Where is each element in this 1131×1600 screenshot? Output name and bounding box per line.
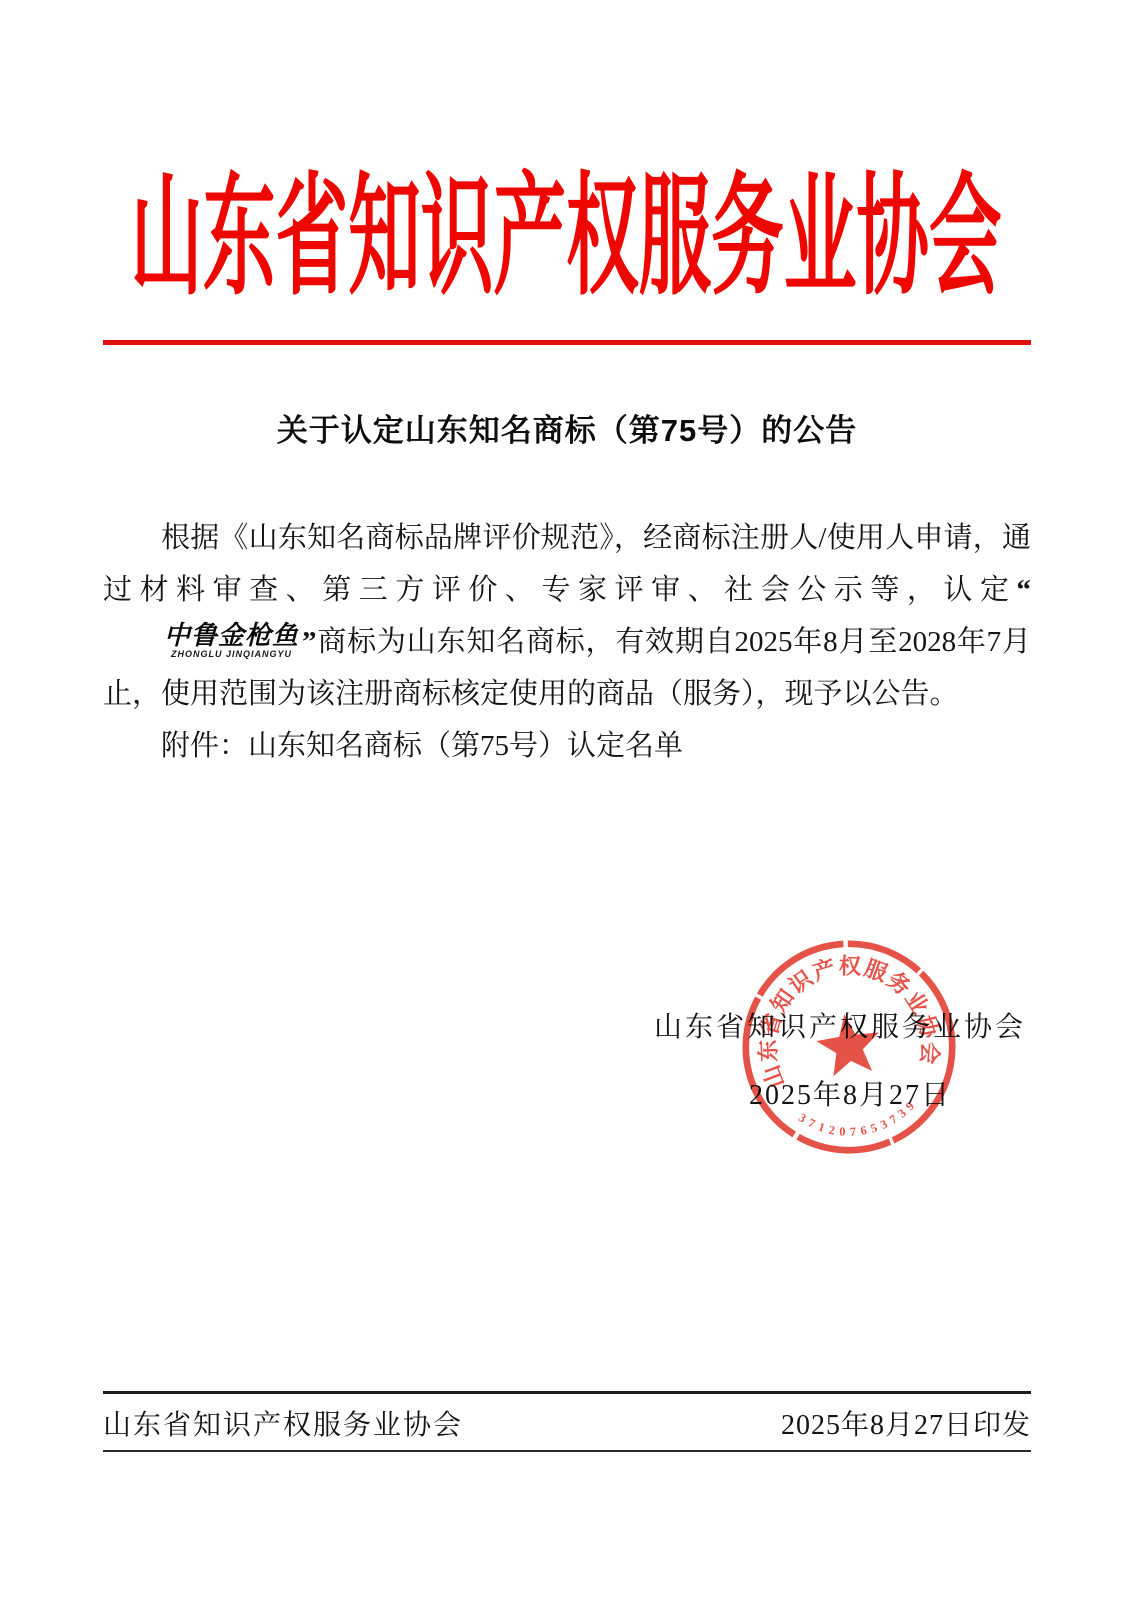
signature-org-name: 山东省知识产权服务业协会 [103, 1004, 1031, 1052]
document-page: 山东省知识产权服务业协会 关于认定山东知名商标（第75号）的公告 根据《山东知名… [0, 0, 1131, 1600]
letterhead-divider [103, 340, 1031, 345]
signature-date: 2025年8月27日 [103, 1072, 1031, 1120]
document-body: 根据《山东知名商标品牌评价规范》，经商标注册人/使用人申请，通过材料审查、第三方… [103, 512, 1031, 772]
footer-divider-bottom [103, 1450, 1031, 1452]
footer: 山东省知识产权服务业协会 2025年8月27日印发 [103, 1399, 1031, 1447]
trademark-name: 中鲁金枪鱼 [106, 622, 299, 648]
footer-divider-top [103, 1391, 1031, 1394]
trademark-logo: 中鲁金枪鱼ZHONGLU JINQIANGYU [106, 622, 299, 659]
close-quote: ” [302, 626, 317, 658]
open-quote: “ [1017, 574, 1032, 606]
body-text-lead: 根据《山东知名商标品牌评价规范》，经商标注册人/使用人申请，通过材料审查、第三方… [103, 522, 1031, 606]
document-title: 关于认定山东知名商标（第75号）的公告 [103, 405, 1031, 450]
letterhead-org-name: 山东省知识产权服务业协会 [130, 172, 1001, 304]
attachment-line: 附件：山东知名商标（第75号）认定名单 [103, 720, 1031, 772]
body-paragraph: 根据《山东知名商标品牌评价规范》，经商标注册人/使用人申请，通过材料审查、第三方… [103, 512, 1031, 720]
footer-print-date: 2025年8月27日印发 [781, 1403, 1031, 1443]
footer-issuer: 山东省知识产权服务业协会 [103, 1403, 463, 1443]
trademark-romanization: ZHONGLU JINQIANGYU [106, 650, 299, 659]
letterhead: 山东省知识产权服务业协会 [0, 155, 1131, 320]
